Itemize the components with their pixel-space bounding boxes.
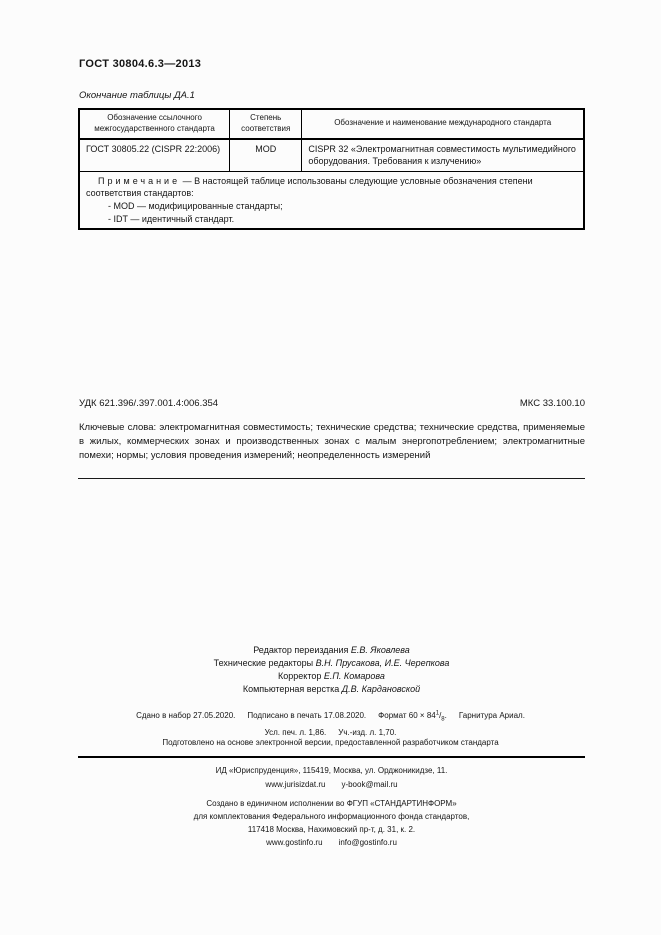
correspondence-table: Обозначение ссылочного межгосударственно… <box>78 108 585 230</box>
standartinform-block: Создано в единичном исполнении во ФГУП «… <box>78 797 585 849</box>
credit-name: Е.В. Яковлева <box>351 645 410 655</box>
credit-name: Д.В. Кардановской <box>342 684 420 694</box>
publisher-website: www.jurisizdat.ru <box>265 780 325 789</box>
table-note-row: Примечание — В настоящей таблице использ… <box>79 171 584 229</box>
publisher-block: ИД «Юриспруденция», 115419, Москва, ул. … <box>78 764 585 792</box>
publisher-email: y-book@mail.ru <box>341 780 397 789</box>
keywords-paragraph: Ключевые слова: электромагнитная совмест… <box>79 421 585 463</box>
standartinform-address: 117418 Москва, Нахимовский пр-т, д. 31, … <box>78 823 585 836</box>
standartinform-line-2: для комплектования Федерального информац… <box>78 810 585 823</box>
cell-international-standard: CISPR 32 «Электромагнитная совместимость… <box>302 139 584 172</box>
publisher-contacts: www.jurisizdat.ruy-book@mail.ru <box>78 778 585 792</box>
standartinform-email: info@gostinfo.ru <box>339 838 397 847</box>
credit-name: Е.П. Комарова <box>324 671 385 681</box>
imprint-line-1: Сдано в набор 27.05.2020.Подписано в печ… <box>40 706 621 726</box>
table-header-row: Обозначение ссылочного межгосударственно… <box>79 109 584 139</box>
imprint-block: Сдано в набор 27.05.2020.Подписано в печ… <box>40 706 621 740</box>
classification-row: УДК 621.396/.397.001.4:006.354 МКС 33.10… <box>79 398 585 409</box>
note-item-mod: - MOD — модифицированные стандарты; <box>86 200 577 213</box>
credit-role: Компьютерная верстка <box>243 684 339 694</box>
format-prefix: Формат 60 × 84 <box>378 711 436 720</box>
cell-reference-standard: ГОСТ 30805.22 (CISPR 22:2006) <box>79 139 230 172</box>
standartinform-website: www.gostinfo.ru <box>266 838 322 847</box>
standartinform-contacts: www.gostinfo.ruinfo@gostinfo.ru <box>78 836 585 849</box>
credit-role: Редактор переиздания <box>253 645 348 655</box>
note-item-idt: - IDT — идентичный стандарт. <box>86 213 577 226</box>
document-page: ГОСТ 30804.6.3—2013 Окончание таблицы ДА… <box>0 0 661 935</box>
credit-role: Технические редакторы <box>214 658 314 668</box>
credits-block: Редактор переиздания Е.В. Яковлева Техни… <box>78 644 585 696</box>
imprint-press-sheets: Усл. печ. л. 1,86. <box>265 728 327 737</box>
doc-number: ГОСТ 30804.6.3—2013 <box>79 58 201 70</box>
table-caption: Окончание таблицы ДА.1 <box>79 90 195 101</box>
col-header-international-standard: Обозначение и наименование международног… <box>302 109 584 139</box>
note-label: Примечание <box>98 176 180 186</box>
imprint-typeset-date: Сдано в набор 27.05.2020. <box>136 711 235 720</box>
udk-code: УДК 621.396/.397.001.4:006.354 <box>79 398 218 409</box>
standartinform-line-1: Создано в единичном исполнении во ФГУП «… <box>78 797 585 810</box>
divider-thick <box>78 756 585 758</box>
credit-name: В.Н. Прусакова, И.Е. Черепкова <box>316 658 450 668</box>
format-suffix: . <box>445 711 447 720</box>
col-header-degree: Степень соответствия <box>230 109 302 139</box>
note-dash: — <box>183 176 192 186</box>
imprint-print-date: Подписано в печать 17.08.2020. <box>247 711 366 720</box>
divider-thin <box>78 478 585 479</box>
table-note-cell: Примечание — В настоящей таблице использ… <box>79 171 584 229</box>
credit-line-technical-editors: Технические редакторы В.Н. Прусакова, И.… <box>78 657 585 670</box>
col-header-reference-standard: Обозначение ссылочного межгосударственно… <box>79 109 230 139</box>
publisher-address: ИД «Юриспруденция», 115419, Москва, ул. … <box>78 764 585 778</box>
imprint-typeface: Гарнитура Ариал. <box>459 711 525 720</box>
credit-line-editor: Редактор переиздания Е.В. Яковлева <box>78 644 585 657</box>
imprint-pub-sheets: Уч.-изд. л. 1,70. <box>338 728 396 737</box>
table-row: ГОСТ 30805.22 (CISPR 22:2006) MOD CISPR … <box>79 139 584 172</box>
imprint-format: Формат 60 × 841/8. <box>378 711 447 720</box>
prepared-note: Подготовлено на основе электронной верси… <box>40 738 621 747</box>
credit-role: Корректор <box>278 671 321 681</box>
mks-code: МКС 33.100.10 <box>520 398 585 409</box>
table-note-paragraph: Примечание — В настоящей таблице использ… <box>86 175 577 200</box>
cell-degree: MOD <box>230 139 302 172</box>
credit-line-corrector: Корректор Е.П. Комарова <box>78 670 585 683</box>
credit-line-layout: Компьютерная верстка Д.В. Кардановской <box>78 683 585 696</box>
